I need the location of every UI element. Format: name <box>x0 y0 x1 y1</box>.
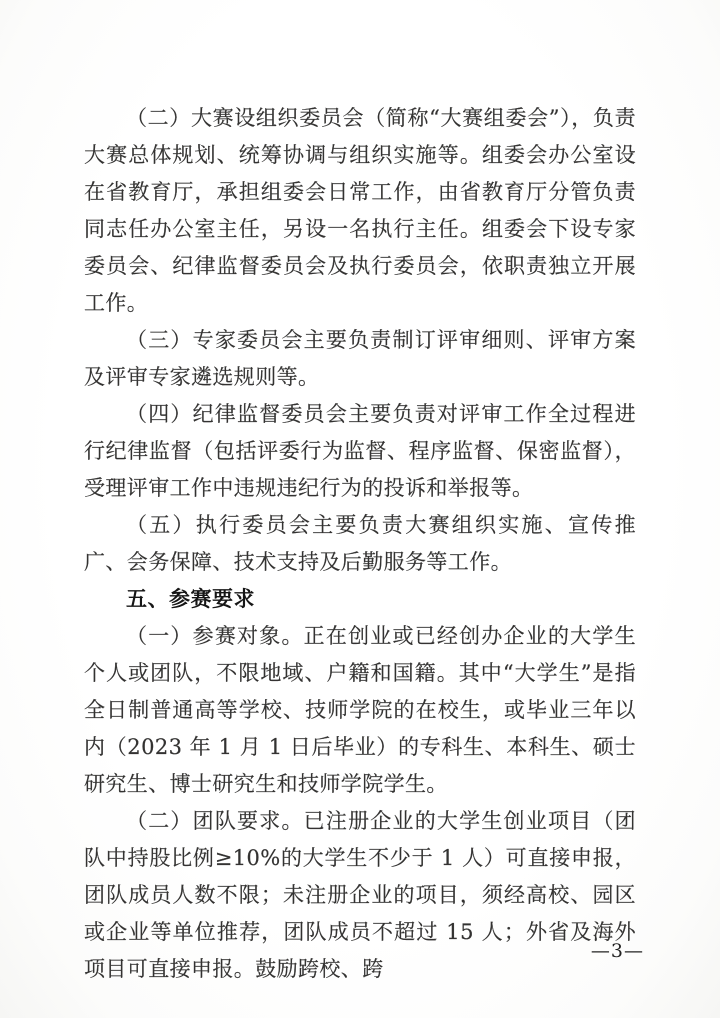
section-heading: 五、参赛要求 <box>84 581 636 618</box>
document-paragraph: （五）执行委员会主要负责大赛组织实施、宣传推广、会务保障、技术支持及后勤服务等工… <box>84 507 636 581</box>
page-number: —3— <box>591 940 644 962</box>
scanned-page: （二）大赛设组织委员会（简称“大赛组委会”），负责大赛总体规划、统筹协调与组织实… <box>0 0 720 1018</box>
document-paragraph: （二）团队要求。已注册企业的大学生创业项目（团队中持股比例≥10%的大学生不少于… <box>84 803 636 988</box>
document-paragraph: （三）专家委员会主要负责制订评审细则、评审方案及评审专家遴选规则等。 <box>84 322 636 396</box>
document-paragraph: （四）纪律监督委员会主要负责对评审工作全过程进行纪律监督（包括评委行为监督、程序… <box>84 396 636 507</box>
document-paragraph: （二）大赛设组织委员会（简称“大赛组委会”），负责大赛总体规划、统筹协调与组织实… <box>84 100 636 322</box>
document-paragraph: （一）参赛对象。正在创业或已经创办企业的大学生个人或团队，不限地域、户籍和国籍。… <box>84 618 636 803</box>
document-body: （二）大赛设组织委员会（简称“大赛组委会”），负责大赛总体规划、统筹协调与组织实… <box>84 100 636 988</box>
